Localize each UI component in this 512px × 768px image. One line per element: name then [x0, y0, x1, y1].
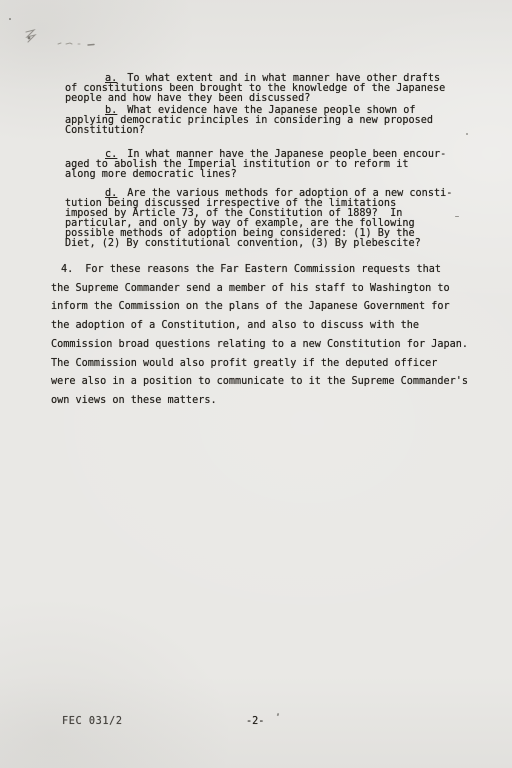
paragraph-4-number: 4.: [61, 264, 73, 275]
paragraph-4-line-1: 4.For these reasons the Far Eastern Comm…: [51, 261, 491, 280]
paragraph-4-line-5: Commission broad questions relating to a…: [51, 336, 491, 355]
question-b-line-3: Constitution?: [65, 126, 485, 136]
paragraph-4-line-6: The Commission would also profit greatly…: [51, 355, 491, 374]
scan-speck: [466, 133, 468, 135]
scanned-document-page: a.To what extent and in what manner have…: [0, 0, 512, 768]
paragraph-4-text: For these reasons the Far Eastern Commis…: [85, 264, 441, 275]
paragraph-4: 4.For these reasons the Far Eastern Comm…: [51, 261, 491, 411]
question-c-line-3: along more democratic lines?: [65, 170, 485, 180]
question-a: a.To what extent and in what manner have…: [65, 74, 485, 104]
question-a-line-3: people and how have they been discussed?: [65, 94, 485, 104]
pencil-scribble-icon: [12, 22, 122, 56]
page-number: -2-: [246, 716, 264, 727]
scan-speck: [277, 713, 279, 716]
question-b: b.What evidence have the Japanese people…: [65, 106, 485, 136]
question-d-line-6: Diet, (2) By constitutional convention, …: [65, 239, 485, 249]
paragraph-4-line-7: were also in a position to communicate t…: [51, 373, 491, 392]
paragraph-4-line-8: own views on these matters.: [51, 392, 491, 411]
paragraph-4-line-2: the Supreme Commander send a member of h…: [51, 280, 491, 299]
paragraph-4-line-3: inform the Commission on the plans of th…: [51, 298, 491, 317]
question-c: c.In what manner have the Japanese peopl…: [65, 150, 485, 180]
question-d: d.Are the various methods for adoption o…: [65, 189, 485, 248]
scan-speck: [9, 18, 11, 20]
paragraph-4-line-4: the adoption of a Constitution, and also…: [51, 317, 491, 336]
document-number: FEC 031/2: [62, 716, 123, 727]
